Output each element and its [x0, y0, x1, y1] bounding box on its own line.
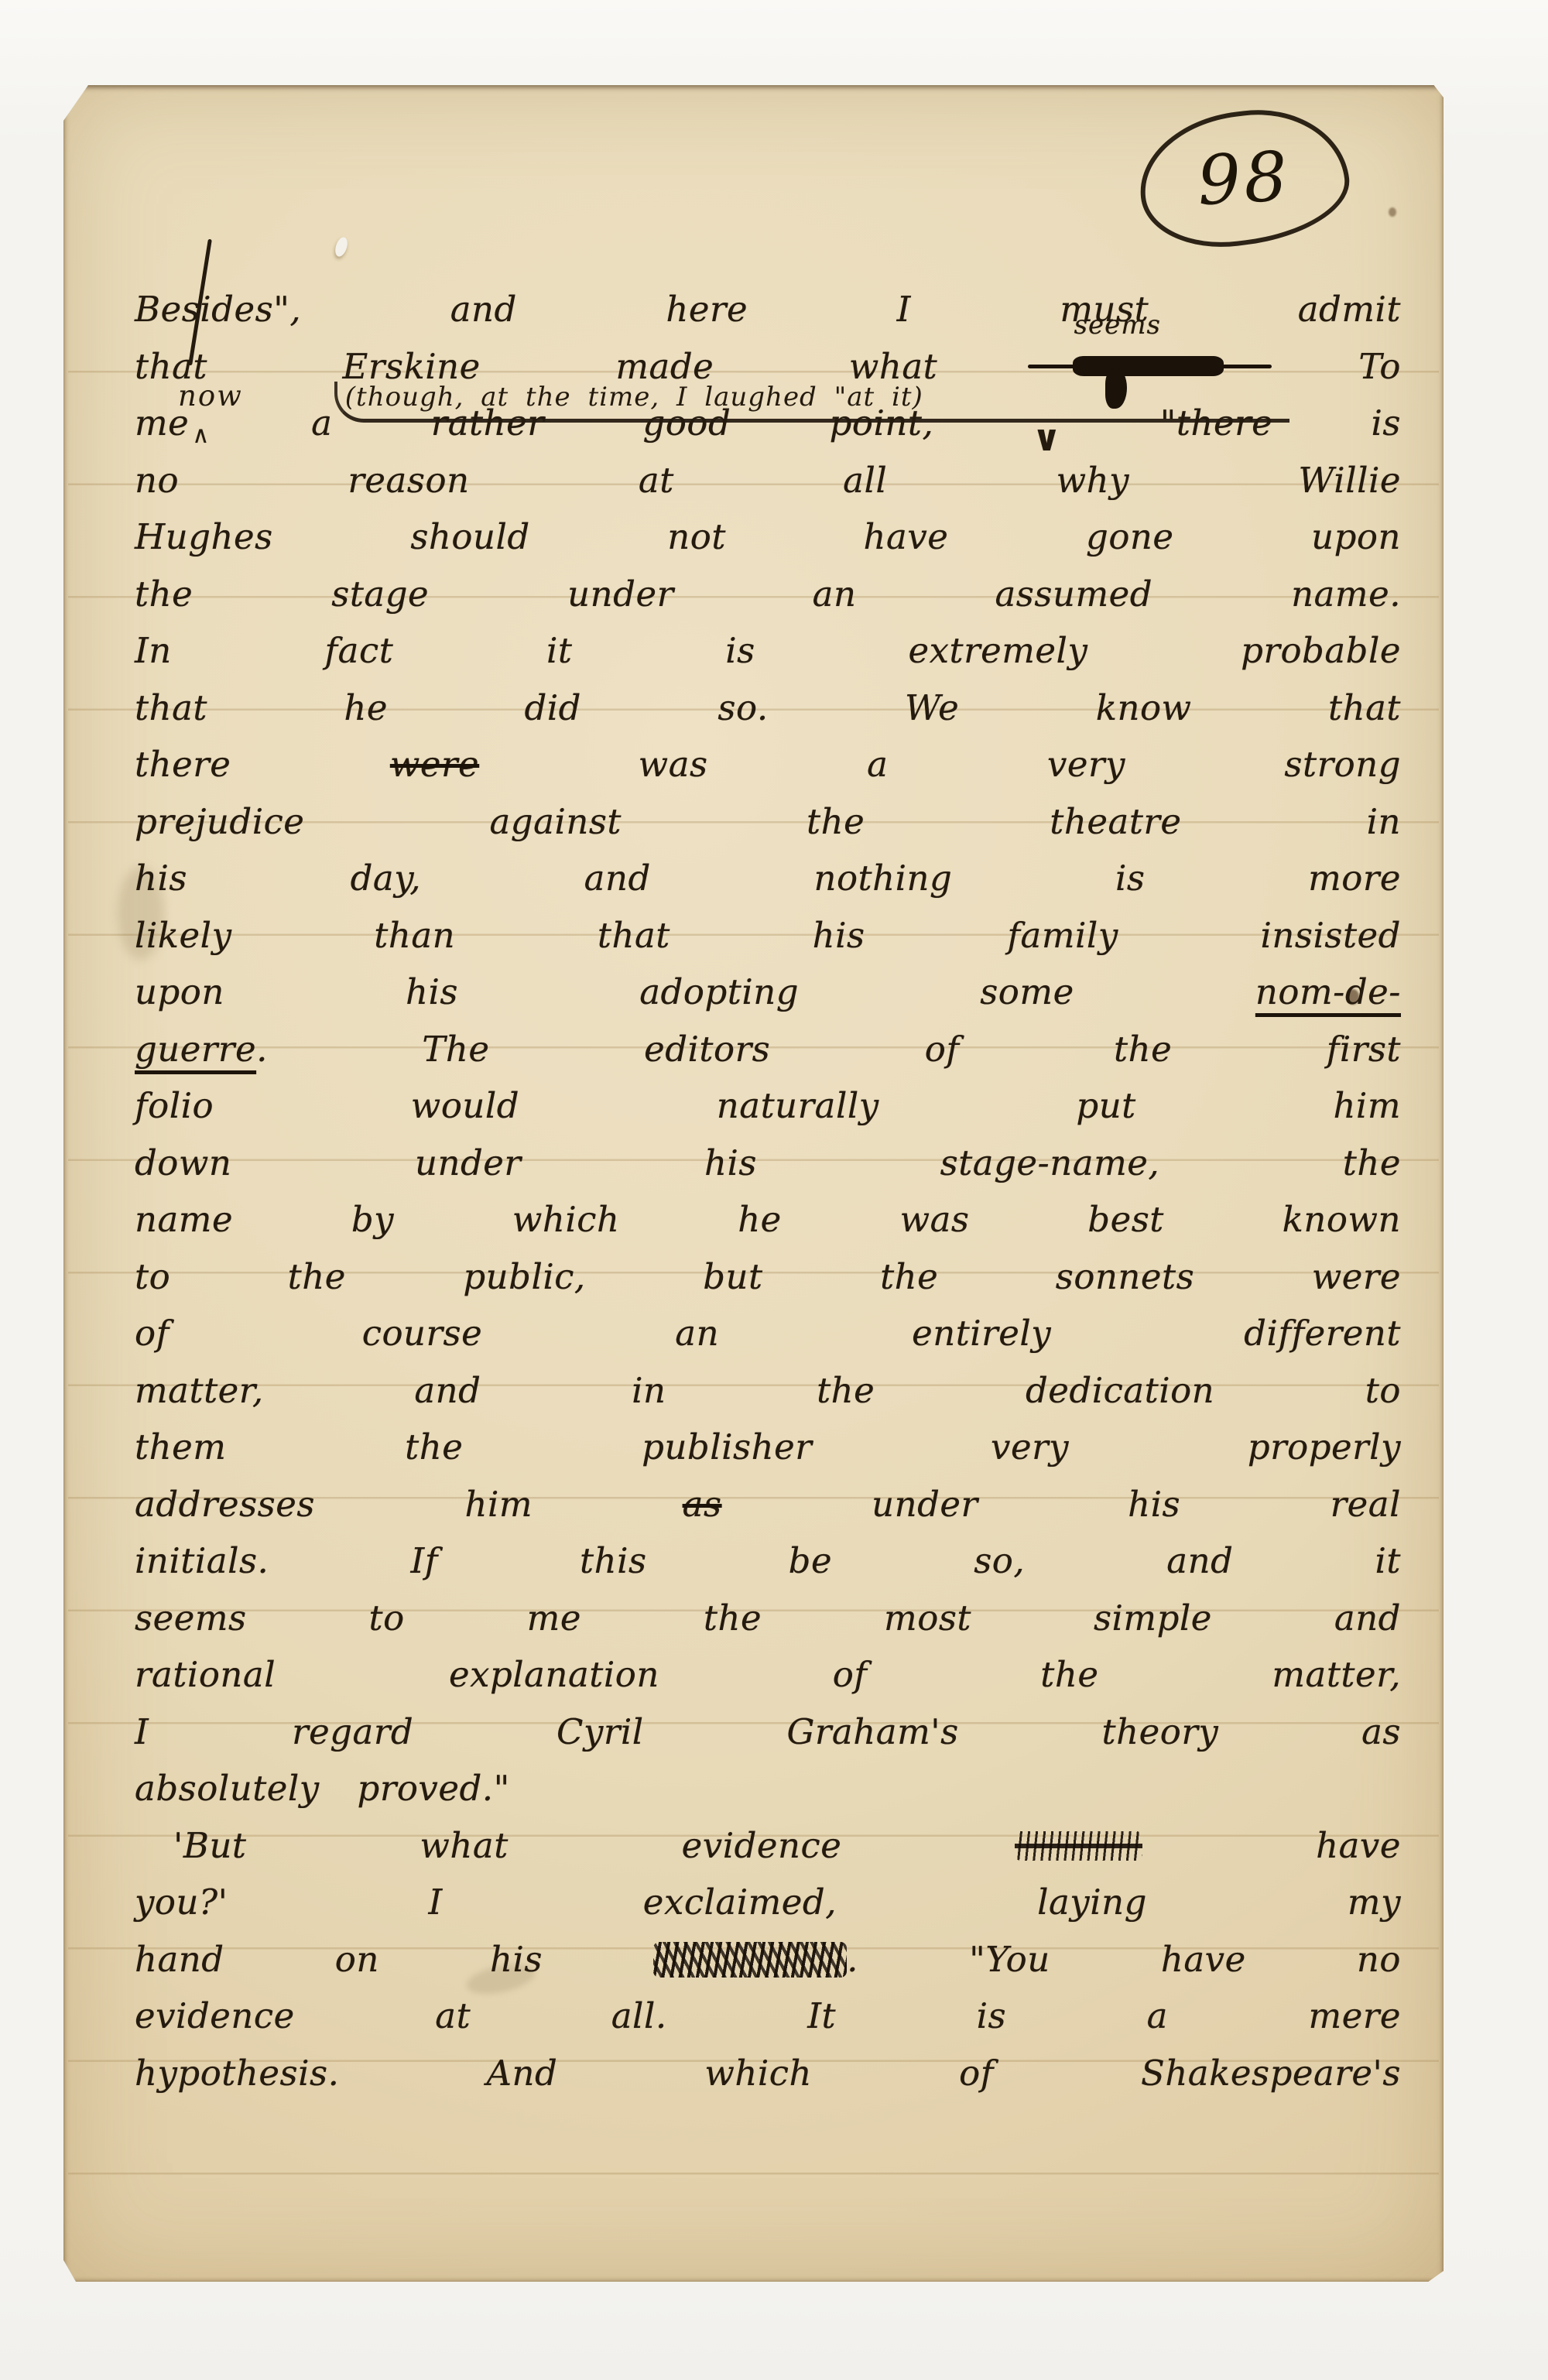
- manuscript-text: Besides", and here I must admit that Ers…: [135, 281, 1401, 2101]
- manuscript-line: 'But what evidence have: [135, 1817, 1401, 1875]
- line-text: a rather good point,: [311, 402, 933, 443]
- line-text: was a very strong: [639, 744, 1401, 785]
- manuscript-line: Besides", and here I must admit: [135, 281, 1401, 338]
- line-text: that Erskine made what: [135, 346, 937, 387]
- manuscript-line: no reason at all why Willie: [135, 452, 1401, 509]
- ink-stain: [1389, 207, 1396, 217]
- photo-background: 98 now(though, at the time, I laughed "a…: [0, 0, 1548, 2380]
- line-text: hand on his: [135, 1939, 543, 1980]
- underlined-word: nom-de-: [1255, 971, 1401, 1012]
- line-text: have: [1316, 1825, 1401, 1866]
- manuscript-line: the stage under an assumed name.: [135, 566, 1401, 623]
- scratched-out-word: [653, 1942, 847, 1978]
- manuscript-line: addresses him as under his real: [135, 1476, 1401, 1533]
- line-text: upon his adopting some: [135, 971, 1074, 1012]
- manuscript-line: you?' I exclaimed, laying my: [135, 1874, 1401, 1931]
- manuscript-line: name by which he was best known: [135, 1191, 1401, 1248]
- manuscript-line: I regard Cyril Graham's theory as: [135, 1704, 1401, 1761]
- line-text: addresses him: [135, 1484, 533, 1525]
- page-number: 98: [1195, 135, 1292, 220]
- page-number-circle: 98: [1132, 99, 1356, 257]
- manuscript-line: hypothesis. And which of Shakespeare's: [135, 2045, 1401, 2102]
- line-text: "there is: [1160, 402, 1401, 443]
- line-text: under his real: [872, 1484, 1401, 1525]
- inked-out-word: [1073, 356, 1224, 376]
- line-text: . The editors of the first: [256, 1029, 1401, 1070]
- struck-word: as: [683, 1484, 722, 1525]
- manuscript-line: seems to me the most simple and: [135, 1590, 1401, 1647]
- line-text: . "You have no: [847, 1939, 1401, 1980]
- struck-word: were: [390, 744, 479, 785]
- manuscript-line: hand on his . "You have no: [135, 1931, 1401, 1988]
- manuscript-line: to the public, but the sonnets were: [135, 1248, 1401, 1306]
- caret-mark: [192, 422, 209, 449]
- line-text: there: [135, 744, 231, 785]
- scratched-out-word: [1015, 1831, 1142, 1861]
- manuscript-page: 98 now(though, at the time, I laughed "a…: [63, 85, 1444, 2282]
- manuscript-line: guerre. The editors of the first: [135, 1021, 1401, 1078]
- paper-flaw: [333, 235, 349, 258]
- manuscript-line: there were was a very strong: [135, 736, 1401, 793]
- manuscript-line: his day, and nothing is more: [135, 850, 1401, 907]
- manuscript-line: of course an entirely different: [135, 1305, 1401, 1362]
- manuscript-line: absolutely proved.": [135, 1760, 1401, 1817]
- manuscript-line: prejudice against the theatre in: [135, 793, 1401, 851]
- manuscript-line: me a rather good point, "there is: [135, 395, 1401, 452]
- manuscript-line: matter, and in the dedication to: [135, 1362, 1401, 1419]
- manuscript-line: that Erskine made what To seems: [135, 338, 1401, 396]
- manuscript-line: upon his adopting some nom-de-: [135, 964, 1401, 1021]
- manuscript-line: rational explanation of the matter,: [135, 1646, 1401, 1704]
- manuscript-line: down under his stage-name, the: [135, 1135, 1401, 1192]
- manuscript-line: evidence at all. It is a mere: [135, 1988, 1401, 2045]
- manuscript-line: that he did so. We know that: [135, 680, 1401, 737]
- manuscript-line: In fact it is extremely probable: [135, 622, 1401, 680]
- interlinear-word: seems: [1074, 312, 1161, 338]
- manuscript-line: them the publisher very properly: [135, 1419, 1401, 1476]
- manuscript-line: folio would naturally put him: [135, 1077, 1401, 1135]
- manuscript-line: initials. If this be so, and it: [135, 1532, 1401, 1590]
- line-text: me: [135, 402, 189, 443]
- line-text: To: [1358, 346, 1401, 387]
- line-text: 'But what evidence: [173, 1825, 841, 1866]
- manuscript-line: Hughes should not have gone upon: [135, 509, 1401, 566]
- manuscript-line: likely than that his family insisted: [135, 907, 1401, 964]
- underlined-word: guerre: [135, 1029, 256, 1070]
